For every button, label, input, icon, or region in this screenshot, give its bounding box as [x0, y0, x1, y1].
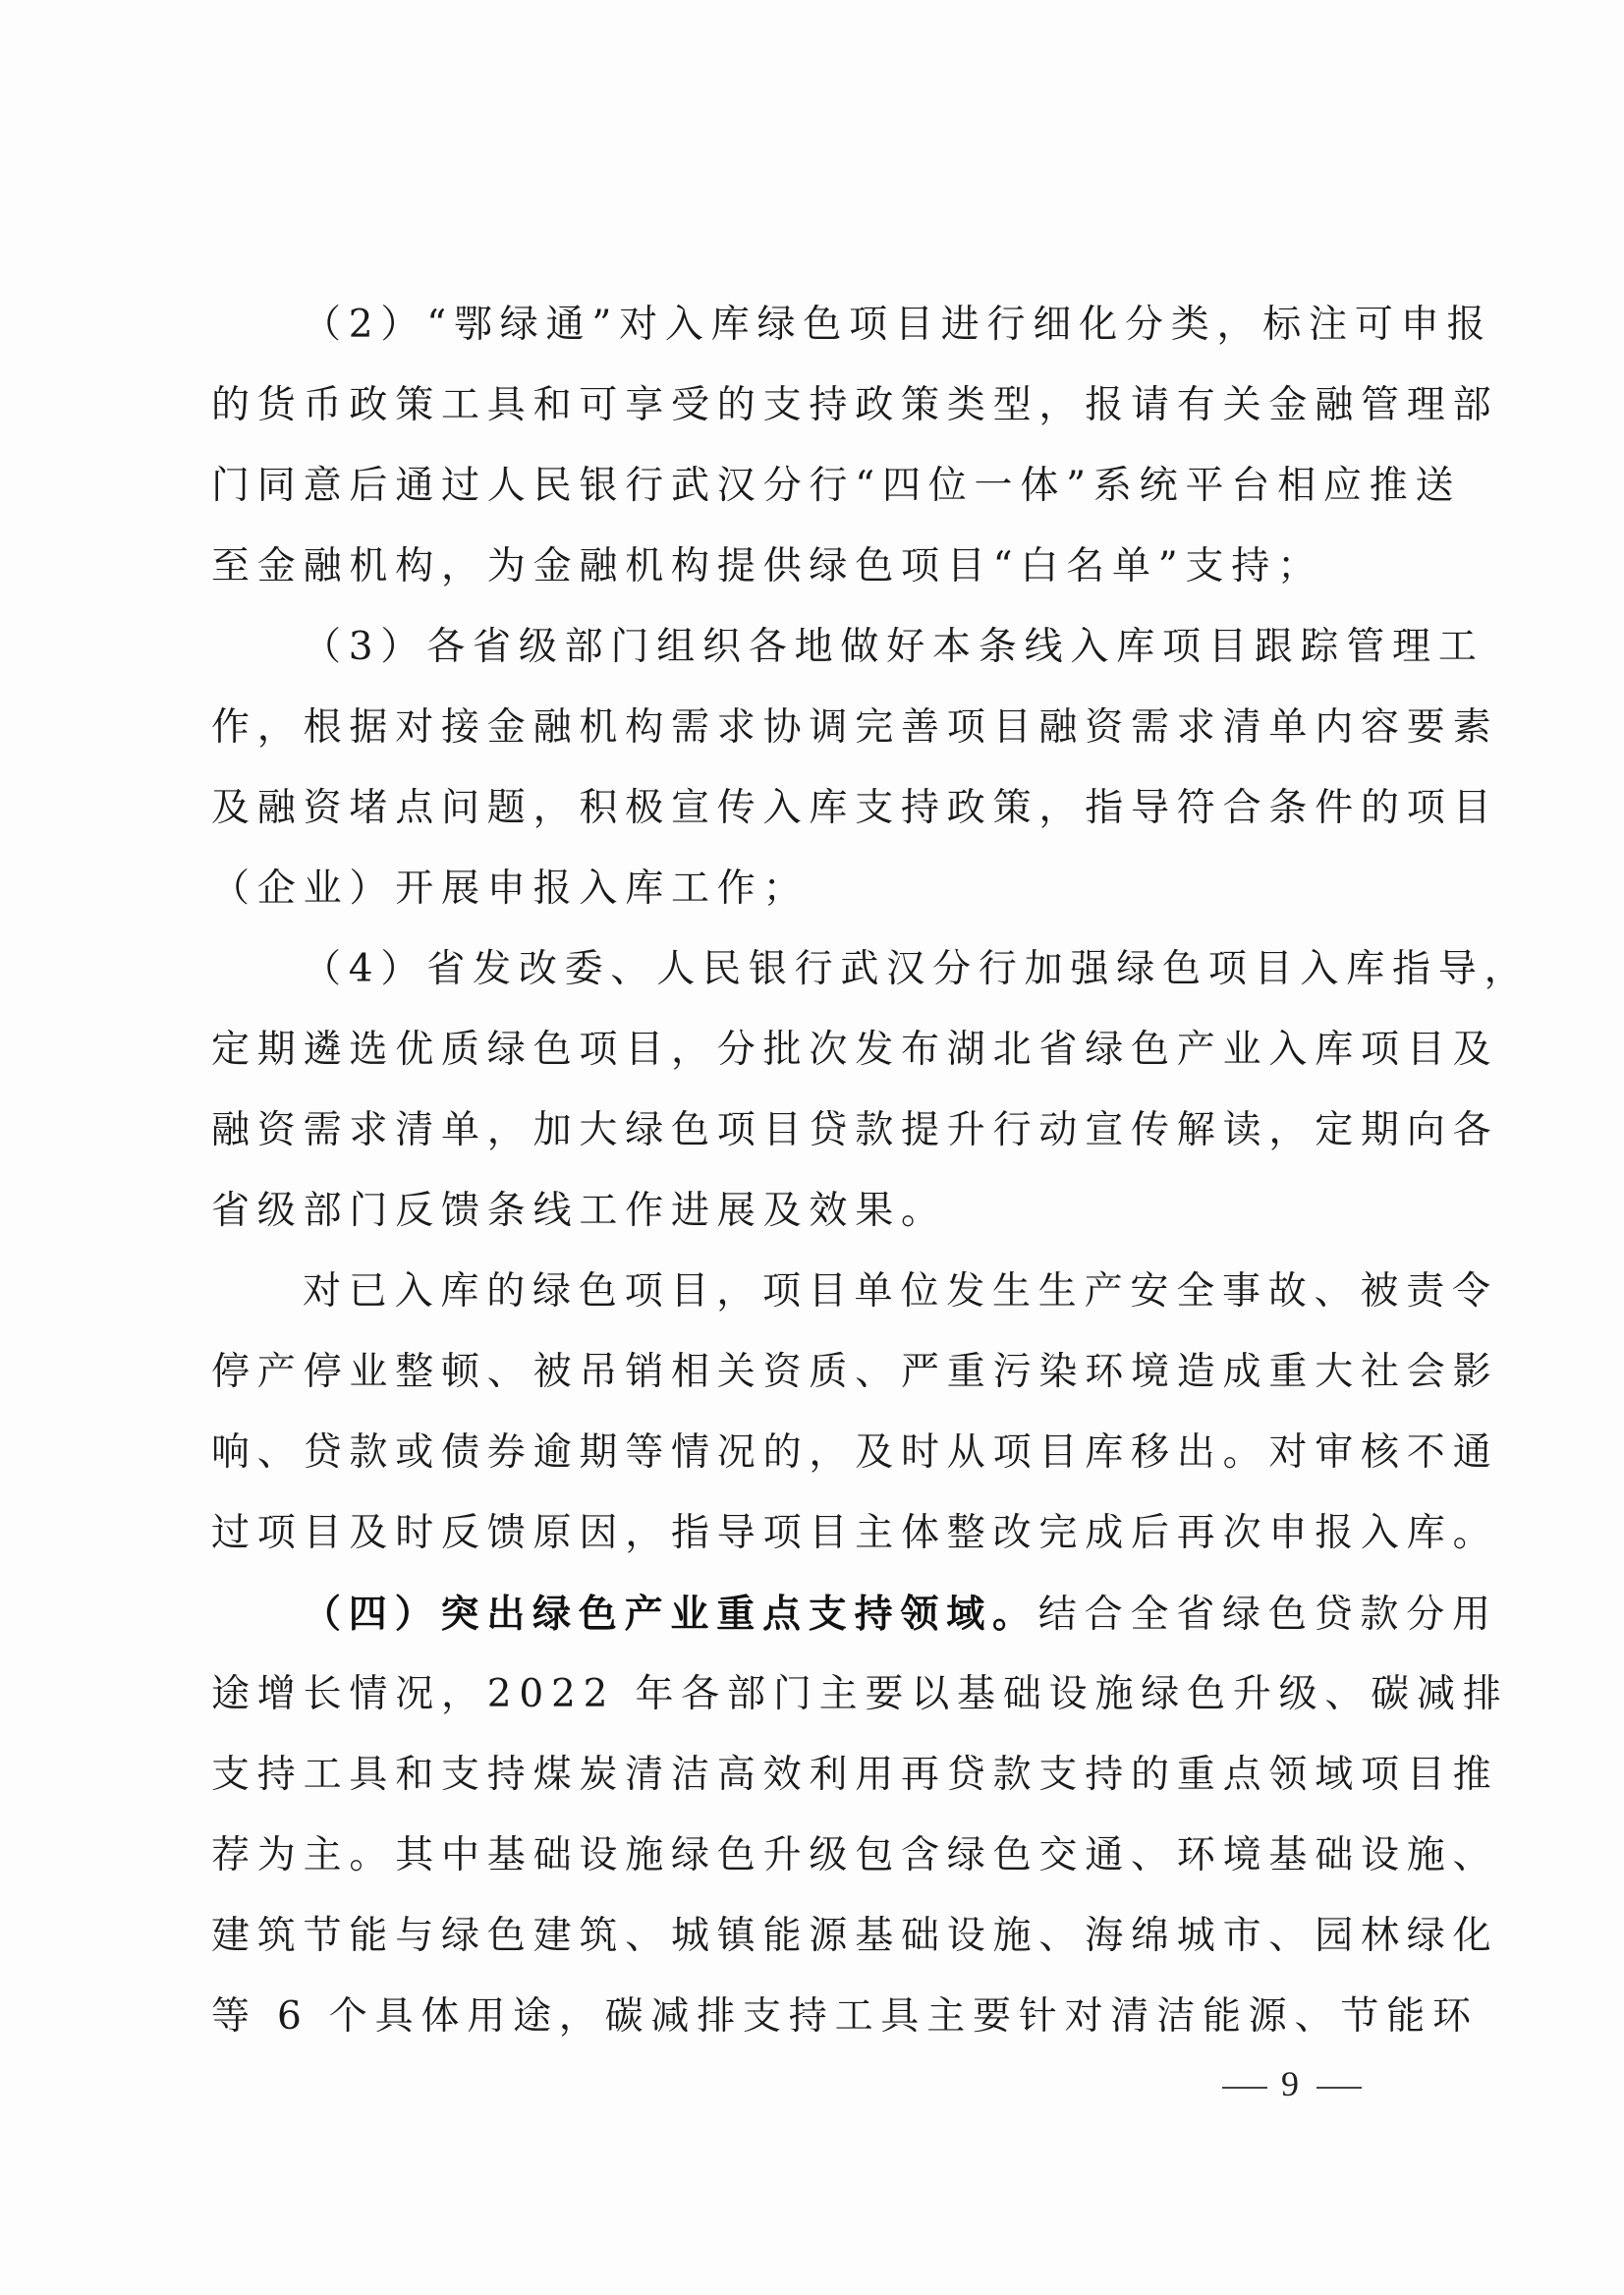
text-line: 定期遴选优质绿色项目，分批次发布湖北省绿色产业入库项目及: [211, 1010, 1408, 1091]
text-line: 停产停业整顿、被吊销相关资质、严重污染环境造成重大社会影: [211, 1332, 1408, 1413]
text-line: 响、贷款或债券逾期等情况的，及时从项目库移出。对审核不通: [211, 1413, 1408, 1493]
text-line: （企业）开展申报入库工作；: [211, 849, 1408, 929]
text-line: （3）各省级部门组织各地做好本条线入库项目跟踪管理工: [211, 607, 1408, 688]
text-line: 对已入库的绿色项目，项目单位发生生产安全事故、被责令: [211, 1252, 1408, 1332]
text-line: 过项目及时反馈原因，指导项目主体整改完成后再次申报入库。: [211, 1493, 1408, 1574]
text-line: （2）“鄂绿通”对入库绿色项目进行细化分类，标注可申报: [211, 285, 1408, 365]
text-line: 至金融机构，为金融机构提供绿色项目“白名单”支持；: [211, 527, 1408, 607]
text-line: 省级部门反馈条线工作进展及效果。: [211, 1171, 1408, 1252]
text-line: 融资需求清单，加大绿色项目贷款提升行动宣传解读，定期向各: [211, 1091, 1408, 1171]
text-line: 途增长情况，2022 年各部门主要以基础设施绿色升级、碳减排: [211, 1654, 1408, 1735]
text-line: 及融资堵点问题，积极宣传入库支持政策，指导符合条件的项目: [211, 768, 1408, 849]
section-text: 结合全省绿色贷款分用: [1038, 1593, 1498, 1637]
paragraph-item-2: （2）“鄂绿通”对入库绿色项目进行细化分类，标注可申报 的货币政策工具和可享受的…: [211, 285, 1408, 607]
text-line: （4）省发改委、人民银行武汉分行加强绿色项目入库指导，: [211, 929, 1408, 1010]
text-line: 作，根据对接金融机构需求协调完善项目融资需求清单内容要素: [211, 688, 1408, 768]
text-line: 支持工具和支持煤炭清洁高效利用再贷款支持的重点领域项目推: [211, 1735, 1408, 1816]
text-line: 荐为主。其中基础设施绿色升级包含绿色交通、环境基础设施、: [211, 1816, 1408, 1896]
dash-left: [1222, 2087, 1267, 2089]
paragraph-item-4: （4）省发改委、人民银行武汉分行加强绿色项目入库指导， 定期遴选优质绿色项目，分…: [211, 929, 1408, 1252]
text-line: 建筑节能与绿色建筑、城镇能源基础设施、海绵城市、园林绿化: [211, 1896, 1408, 1977]
page-number-value: 9: [1281, 2064, 1303, 2103]
section-heading: （四）突出绿色产业重点支持领域。: [303, 1592, 1038, 1637]
dash-right: [1316, 2087, 1362, 2089]
text-line: 的货币政策工具和可享受的支持政策类型，报请有关金融管理部: [211, 365, 1408, 446]
paragraph-removal-policy: 对已入库的绿色项目，项目单位发生生产安全事故、被责令 停产停业整顿、被吊销相关资…: [211, 1252, 1408, 1574]
document-page: （2）“鄂绿通”对入库绿色项目进行细化分类，标注可申报 的货币政策工具和可享受的…: [0, 0, 1624, 2295]
text-line: 门同意后通过人民银行武汉分行“四位一体”系统平台相应推送: [211, 446, 1408, 527]
page-number: 9: [1194, 2063, 1390, 2104]
text-line: （四）突出绿色产业重点支持领域。结合全省绿色贷款分用: [211, 1574, 1408, 1654]
section-four: （四）突出绿色产业重点支持领域。结合全省绿色贷款分用 途增长情况，2022 年各…: [211, 1574, 1408, 2057]
paragraph-item-3: （3）各省级部门组织各地做好本条线入库项目跟踪管理工 作，根据对接金融机构需求协…: [211, 607, 1408, 929]
document-body: （2）“鄂绿通”对入库绿色项目进行细化分类，标注可申报 的货币政策工具和可享受的…: [211, 285, 1408, 2057]
text-line: 等 6 个具体用途，碳减排支持工具主要针对清洁能源、节能环: [211, 1977, 1408, 2057]
